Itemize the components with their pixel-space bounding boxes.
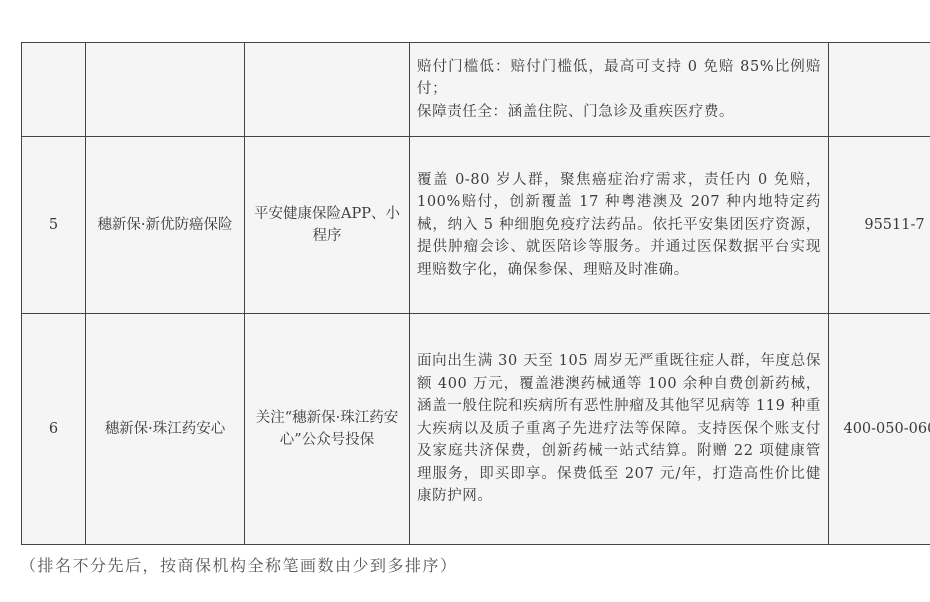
table-row: 6 穗新保·珠江药安心 关注“穗新保·珠江药安心”公众号投保 面向出生满 30 … [22,314,930,545]
description-line: 保障责任全：涵盖住院、门急诊及重疾医疗费。 [417,101,821,124]
service-hotline: 400-050-0603 [829,314,930,545]
table-row: 赔付门槛低：赔付门槛低，最高可支持 0 免赔 85%比例赔付； 保障责任全：涵盖… [22,43,930,137]
product-name: 穗新保·珠江药安心 [86,314,245,545]
product-description: 覆盖 0-80 岁人群，聚焦癌症治疗需求，责任内 0 免赔，100%赔付，创新覆… [410,137,829,314]
purchase-channel: 平安健康保险APP、小程序 [245,137,410,314]
row-index: 5 [22,137,86,314]
table-row: 5 穗新保·新优防癌保险 平安健康保险APP、小程序 覆盖 0-80 岁人群，聚… [22,137,930,314]
product-name [86,43,245,137]
product-description: 面向出生满 30 天至 105 周岁无严重既往症人群，年度总保额 400 万元，… [410,314,829,545]
service-hotline: 95511-7 [829,137,930,314]
description-line: 面向出生满 30 天至 105 周岁无严重既往症人群，年度总保额 400 万元，… [417,350,821,508]
service-hotline [829,43,930,137]
insurance-products-table: 赔付门槛低：赔付门槛低，最高可支持 0 免赔 85%比例赔付； 保障责任全：涵盖… [21,42,930,545]
row-index: 6 [22,314,86,545]
description-line: 覆盖 0-80 岁人群，聚焦癌症治疗需求，责任内 0 免赔，100%赔付，创新覆… [417,169,821,282]
row-index [22,43,86,137]
description-line: 赔付门槛低：赔付门槛低，最高可支持 0 免赔 85%比例赔付； [417,56,821,101]
product-name: 穗新保·新优防癌保险 [86,137,245,314]
ranking-footnote: （排名不分先后，按商保机构全称笔画数由少到多排序） [20,553,458,576]
purchase-channel: 关注“穗新保·珠江药安心”公众号投保 [245,314,410,545]
product-description: 赔付门槛低：赔付门槛低，最高可支持 0 免赔 85%比例赔付； 保障责任全：涵盖… [410,43,829,137]
purchase-channel [245,43,410,137]
